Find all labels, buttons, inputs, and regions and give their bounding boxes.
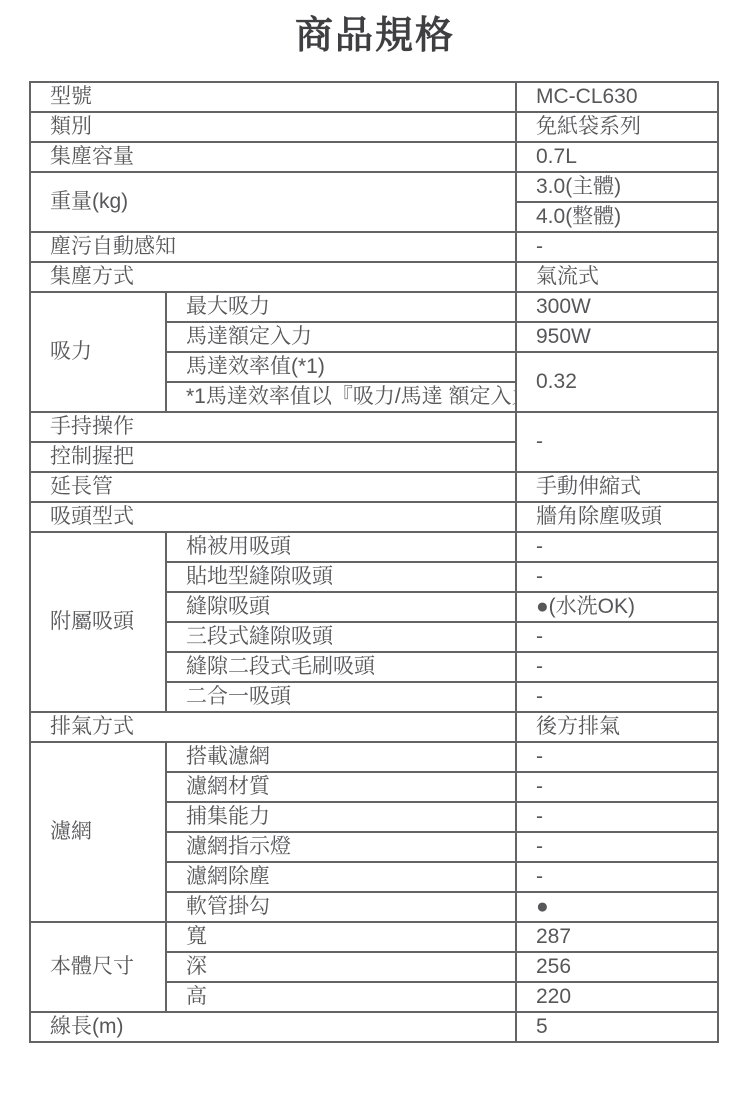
- dimension-width-label: 寬: [166, 922, 516, 952]
- dimension-depth-label: 深: [166, 952, 516, 982]
- row-model: 型號 MC-CL630: [30, 82, 718, 112]
- filter-dust-removal-value: -: [516, 862, 718, 892]
- filter-capture-value: -: [516, 802, 718, 832]
- row-filter-equipped: 濾網 搭載濾網 -: [30, 742, 718, 772]
- model-value: MC-CL630: [516, 82, 718, 112]
- spec-table: 型號 MC-CL630 類別 免紙袋系列 集塵容量 0.7L 重量(kg) 3.…: [29, 81, 719, 1043]
- nozzle-two-stage-brush-label: 縫隙二段式毛刷吸頭: [166, 652, 516, 682]
- filter-dust-removal-label: 濾網除塵: [166, 862, 516, 892]
- nozzle-futon-label: 棉被用吸頭: [166, 532, 516, 562]
- cord-length-label: 線長(m): [30, 1012, 516, 1042]
- filter-material-label: 濾網材質: [166, 772, 516, 802]
- spec-page: 商品規格 型號 MC-CL630 類別 免紙袋系列 集塵容量 0.7L 重量(k…: [0, 0, 750, 1117]
- accessory-nozzles-group-label: 附屬吸頭: [30, 532, 166, 712]
- filter-equipped-label: 搭載濾網: [166, 742, 516, 772]
- filter-indicator-label: 濾網指示燈: [166, 832, 516, 862]
- row-dimension-width: 本體尺寸 寬 287: [30, 922, 718, 952]
- suction-max-label: 最大吸力: [166, 292, 516, 322]
- dimension-depth-value: 256: [516, 952, 718, 982]
- nozzle-two-stage-brush-value: -: [516, 652, 718, 682]
- weight-value-body: 3.0(主體): [516, 172, 718, 202]
- nozzle-three-stage-value: -: [516, 622, 718, 652]
- dust-auto-sense-label: 塵污自動感知: [30, 232, 516, 262]
- suction-group-label: 吸力: [30, 292, 166, 412]
- suction-max-value: 300W: [516, 292, 718, 322]
- row-exhaust-method: 排氣方式 後方排氣: [30, 712, 718, 742]
- motor-rated-input-label: 馬達額定入力: [166, 322, 516, 352]
- handheld-operation-label: 手持操作: [30, 412, 516, 442]
- nozzle-crevice-value: ●(水洗OK): [516, 592, 718, 622]
- filter-group-label: 濾網: [30, 742, 166, 922]
- row-weight-body: 重量(kg) 3.0(主體): [30, 172, 718, 202]
- body-dimensions-group-label: 本體尺寸: [30, 922, 166, 1012]
- page-title: 商品規格: [0, 0, 750, 58]
- dust-capacity-value: 0.7L: [516, 142, 718, 172]
- nozzle-futon-value: -: [516, 532, 718, 562]
- filter-capture-label: 捕集能力: [166, 802, 516, 832]
- dust-capacity-label: 集塵容量: [30, 142, 516, 172]
- row-handheld-operation: 手持操作 -: [30, 412, 718, 442]
- handheld-operation-value: -: [516, 412, 718, 472]
- nozzle-type-label: 吸頭型式: [30, 502, 516, 532]
- category-label: 類別: [30, 112, 516, 142]
- nozzle-two-in-one-value: -: [516, 682, 718, 712]
- exhaust-method-label: 排氣方式: [30, 712, 516, 742]
- weight-label: 重量(kg): [30, 172, 516, 232]
- nozzle-three-stage-label: 三段式縫隙吸頭: [166, 622, 516, 652]
- nozzle-floor-crevice-label: 貼地型縫隙吸頭: [166, 562, 516, 592]
- motor-rated-input-value: 950W: [516, 322, 718, 352]
- dimension-width-value: 287: [516, 922, 718, 952]
- nozzle-crevice-label: 縫隙吸頭: [166, 592, 516, 622]
- hose-hook-value: ●: [516, 892, 718, 922]
- dust-auto-sense-value: -: [516, 232, 718, 262]
- model-label: 型號: [30, 82, 516, 112]
- filter-indicator-value: -: [516, 832, 718, 862]
- cord-length-value: 5: [516, 1012, 718, 1042]
- row-cord-length: 線長(m) 5: [30, 1012, 718, 1042]
- nozzle-type-value: 牆角除塵吸頭: [516, 502, 718, 532]
- filter-material-value: -: [516, 772, 718, 802]
- row-category: 類別 免紙袋系列: [30, 112, 718, 142]
- row-dust-capacity: 集塵容量 0.7L: [30, 142, 718, 172]
- category-value: 免紙袋系列: [516, 112, 718, 142]
- row-suction-max: 吸力 最大吸力 300W: [30, 292, 718, 322]
- motor-efficiency-label: 馬達效率值(*1): [166, 352, 516, 382]
- control-grip-label: 控制握把: [30, 442, 516, 472]
- suction-note: *1馬達效率值以『吸力/馬達 額定入力』計算之: [166, 382, 516, 412]
- filter-equipped-value: -: [516, 742, 718, 772]
- row-extension-tube: 延長管 手動伸縮式: [30, 472, 718, 502]
- dust-collect-method-label: 集塵方式: [30, 262, 516, 292]
- exhaust-method-value: 後方排氣: [516, 712, 718, 742]
- extension-tube-value: 手動伸縮式: [516, 472, 718, 502]
- hose-hook-label: 軟管掛勾: [166, 892, 516, 922]
- motor-efficiency-value: 0.32: [516, 352, 718, 412]
- dimension-height-label: 高: [166, 982, 516, 1012]
- dust-collect-method-value: 氣流式: [516, 262, 718, 292]
- row-nozzle-type: 吸頭型式 牆角除塵吸頭: [30, 502, 718, 532]
- extension-tube-label: 延長管: [30, 472, 516, 502]
- nozzle-floor-crevice-value: -: [516, 562, 718, 592]
- row-dust-collect-method: 集塵方式 氣流式: [30, 262, 718, 292]
- row-dust-auto-sense: 塵污自動感知 -: [30, 232, 718, 262]
- dimension-height-value: 220: [516, 982, 718, 1012]
- row-nozzle-futon: 附屬吸頭 棉被用吸頭 -: [30, 532, 718, 562]
- weight-value-whole: 4.0(整體): [516, 202, 718, 232]
- nozzle-two-in-one-label: 二合一吸頭: [166, 682, 516, 712]
